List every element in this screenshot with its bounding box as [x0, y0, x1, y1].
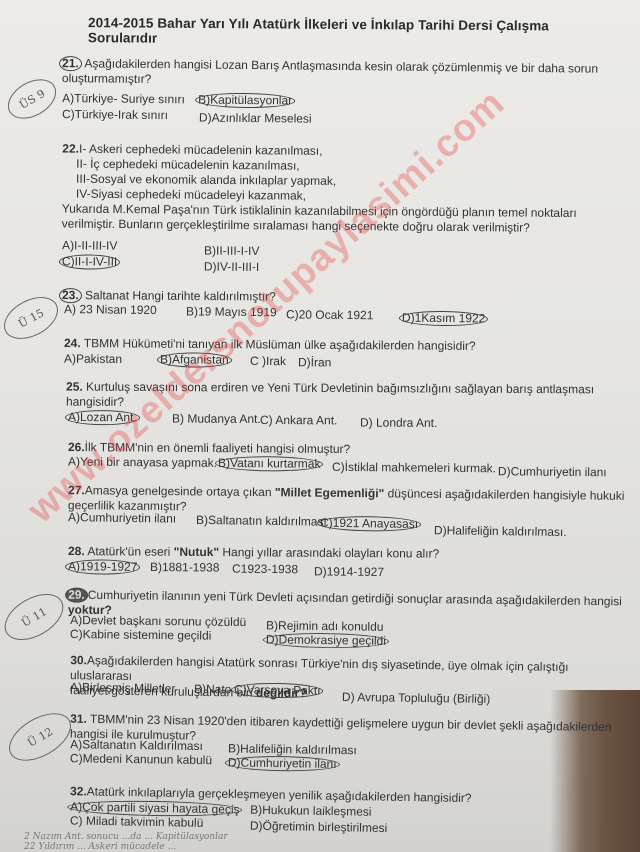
question-22: 22.I- Askeri cephedeki mücadelenin kazan…	[62, 142, 623, 237]
option-b[interactable]: B)Saltanatın kaldırılması	[196, 513, 327, 530]
option-c[interactable]: C )Irak	[250, 354, 286, 369]
question-text-emphasis: "Millet Egemenliği"	[275, 485, 385, 500]
question-25: 25. Kurtuluş savaşını sona erdiren ve Ye…	[66, 380, 626, 413]
option-b-marked[interactable]: B)Kapitülasyonlar	[195, 92, 295, 108]
option-c[interactable]: C)20 Ocak 1921	[286, 307, 374, 323]
option-d[interactable]: D)Azınlıklar Meselesi	[199, 111, 312, 127]
option-b[interactable]: B)1881-1938	[150, 560, 220, 576]
question-text-cont: düşüncesi aşağıdakilerden hangisiyle huk…	[384, 486, 624, 503]
option-b-marked[interactable]: B)Afganistan	[157, 352, 232, 368]
option-d[interactable]: D)Halifeliğin kaldırılması.	[434, 523, 567, 540]
options-25: A)Lozan Ant. B) Mudanya Ant. C) Ankara A…	[68, 410, 468, 432]
exam-page: 2014-2015 Bahar Yarı Yılı Atatürk İlkele…	[0, 0, 640, 852]
option-d[interactable]: D)Cumhuriyetin ilanı	[498, 464, 607, 480]
handwritten-note-q31: Ü 12	[1, 704, 79, 771]
photo-edge-shadow	[550, 690, 640, 852]
options-22: A)I-II-III-IV B)II-III-I-IV C)II-I-IV-II…	[62, 238, 462, 275]
question-text: Aşağıdakilerden hangisi Atatürk sonrası …	[70, 653, 569, 683]
option-d[interactable]: D) Avrupa Topluluğu (Birliği)	[342, 690, 490, 707]
option-a-marked[interactable]: A)1919-1927	[65, 559, 141, 575]
option-d[interactable]: D)Öğretimin birleştirilmesi	[250, 819, 388, 836]
option-c[interactable]: C)Türkiye-Irak sınırı	[62, 107, 168, 123]
question-number: 26.	[68, 440, 85, 454]
handwritten-note-q21: ÜS 9	[1, 71, 63, 126]
options-24: A)Pakistan B)Afganistan C )Irak D)İran	[64, 352, 464, 375]
option-d[interactable]: D)İran	[298, 355, 331, 370]
options-26: A)Yeni bir anayasa yapmak. B)Vatanı kurt…	[68, 455, 628, 480]
option-b[interactable]: B) Mudanya Ant.	[172, 411, 261, 426]
option-a[interactable]: A)I-II-III-IV	[62, 238, 117, 253]
option-c[interactable]: C) Miladi takvimin kabulü	[70, 814, 204, 831]
option-a[interactable]: A)Pakistan	[64, 352, 122, 367]
option-c[interactable]: C)İstiklal mahkemeleri kurmak.	[332, 460, 496, 476]
option-a[interactable]: A)Cumhuriyetin ilanı	[68, 510, 176, 527]
question-text: TBMM Hükümeti'ni tanıyan ilk Müslüman ül…	[84, 336, 476, 353]
question-text: Saltanat Hangi tarihte kaldırılmıştır?	[85, 288, 276, 303]
option-d-marked[interactable]: D)Demokrasiye geçildi	[263, 632, 389, 649]
question-number: 21.	[59, 56, 82, 71]
question-number: 30.	[70, 653, 87, 667]
option-c[interactable]: C)Medeni Kanunun kabulü	[70, 751, 212, 768]
handwritten-note-q23: Ü 15	[0, 288, 65, 347]
question-text-cont: Hangi yıllar arasındaki olayları konu al…	[219, 545, 439, 561]
option-d[interactable]: D)1914-1927	[314, 564, 384, 580]
question-number: 28.	[68, 544, 85, 558]
question-number: 32.	[70, 784, 87, 798]
option-b[interactable]: B)II-III-I-IV	[204, 243, 259, 258]
option-a[interactable]: A)Birleşmiş Milletler	[70, 680, 176, 696]
question-text: İlk TBMM'nin en önemli faaliyeti hangisi…	[85, 440, 351, 456]
option-a-marked[interactable]: A)Lozan Ant.	[65, 410, 140, 425]
option-b[interactable]: B)Hukukun laikleşmesi	[250, 803, 372, 820]
handwritten-footer-line2: 22 Yıldırım ... Askeri mücadele ...	[24, 842, 176, 852]
question-number: 25.	[66, 380, 83, 394]
option-c[interactable]: C)Kabine sistemine geçildi	[70, 627, 212, 644]
page-title: 2014-2015 Bahar Yarı Yılı Atatürk İlkele…	[88, 15, 608, 49]
option-a[interactable]: A)Türkiye- Suriye sınırı	[62, 91, 185, 107]
option-d-marked[interactable]: D)1Kasım 1922	[399, 311, 489, 327]
option-b-marked[interactable]: B)Vatanı kurtarmak	[215, 456, 324, 472]
options-31: A)Saltanatın Kaldırılması B)Halifeliğin …	[70, 737, 470, 777]
question-text: Atatürk'ün eseri	[87, 544, 173, 559]
option-d-marked[interactable]: D)Cumhuriyetin ilanı	[225, 755, 340, 772]
option-c[interactable]: C) Ankara Ant.	[260, 413, 337, 428]
premise-1: I- Askeri cephedeki mücadelenin kazanılm…	[79, 142, 323, 158]
option-b[interactable]: B)19 Mayıs 1919	[186, 304, 277, 320]
option-c[interactable]: C1923-1938	[232, 562, 298, 578]
options-29: A)Devlet başkanı sorunu çözüldü B)Rejimi…	[70, 613, 570, 653]
option-a[interactable]: A)Yeni bir anayasa yapmak.	[68, 455, 217, 471]
handwritten-note-q29: Ü 11	[0, 585, 71, 650]
option-b[interactable]: B)Nato	[194, 682, 232, 698]
options-21: A)Türkiye- Suriye sınırı B)Kapitülasyonl…	[62, 91, 622, 137]
question-number: 29.	[65, 588, 88, 603]
question-text: Kurtuluş savaşını sona erdiren ve Yeni T…	[86, 380, 594, 397]
option-c-marked[interactable]: C)II-I-IV-III	[59, 254, 120, 270]
question-number: 24.	[64, 336, 81, 350]
question-text: Amasya genelgesinde ortaya çıkan	[85, 483, 275, 499]
question-number: 22.	[62, 142, 79, 156]
option-c-marked[interactable]: C)Varşova Paktı	[231, 682, 324, 698]
question-text-emphasis: "Nutuk"	[174, 545, 219, 559]
question-number: 27.	[68, 483, 85, 497]
question-number: 31.	[70, 712, 87, 726]
question-21: 21. Aşağıdakilerden hangisi Lozan Barış …	[62, 56, 622, 92]
option-c-marked[interactable]: C)1921 Anayasası	[317, 516, 421, 532]
question-number: 23.	[59, 288, 82, 303]
option-d[interactable]: D) Londra Ant.	[360, 415, 437, 430]
handwritten-footer-line1: 2 Nazım Ant. sonucu ...da ... Kapitülasy…	[24, 832, 228, 842]
options-28: A)1919-1927 B)1881-1938 C1923-1938 D)191…	[68, 559, 468, 582]
option-d[interactable]: D)IV-II-III-I	[204, 259, 259, 274]
option-a[interactable]: A) 23 Nisan 1920	[64, 302, 157, 318]
